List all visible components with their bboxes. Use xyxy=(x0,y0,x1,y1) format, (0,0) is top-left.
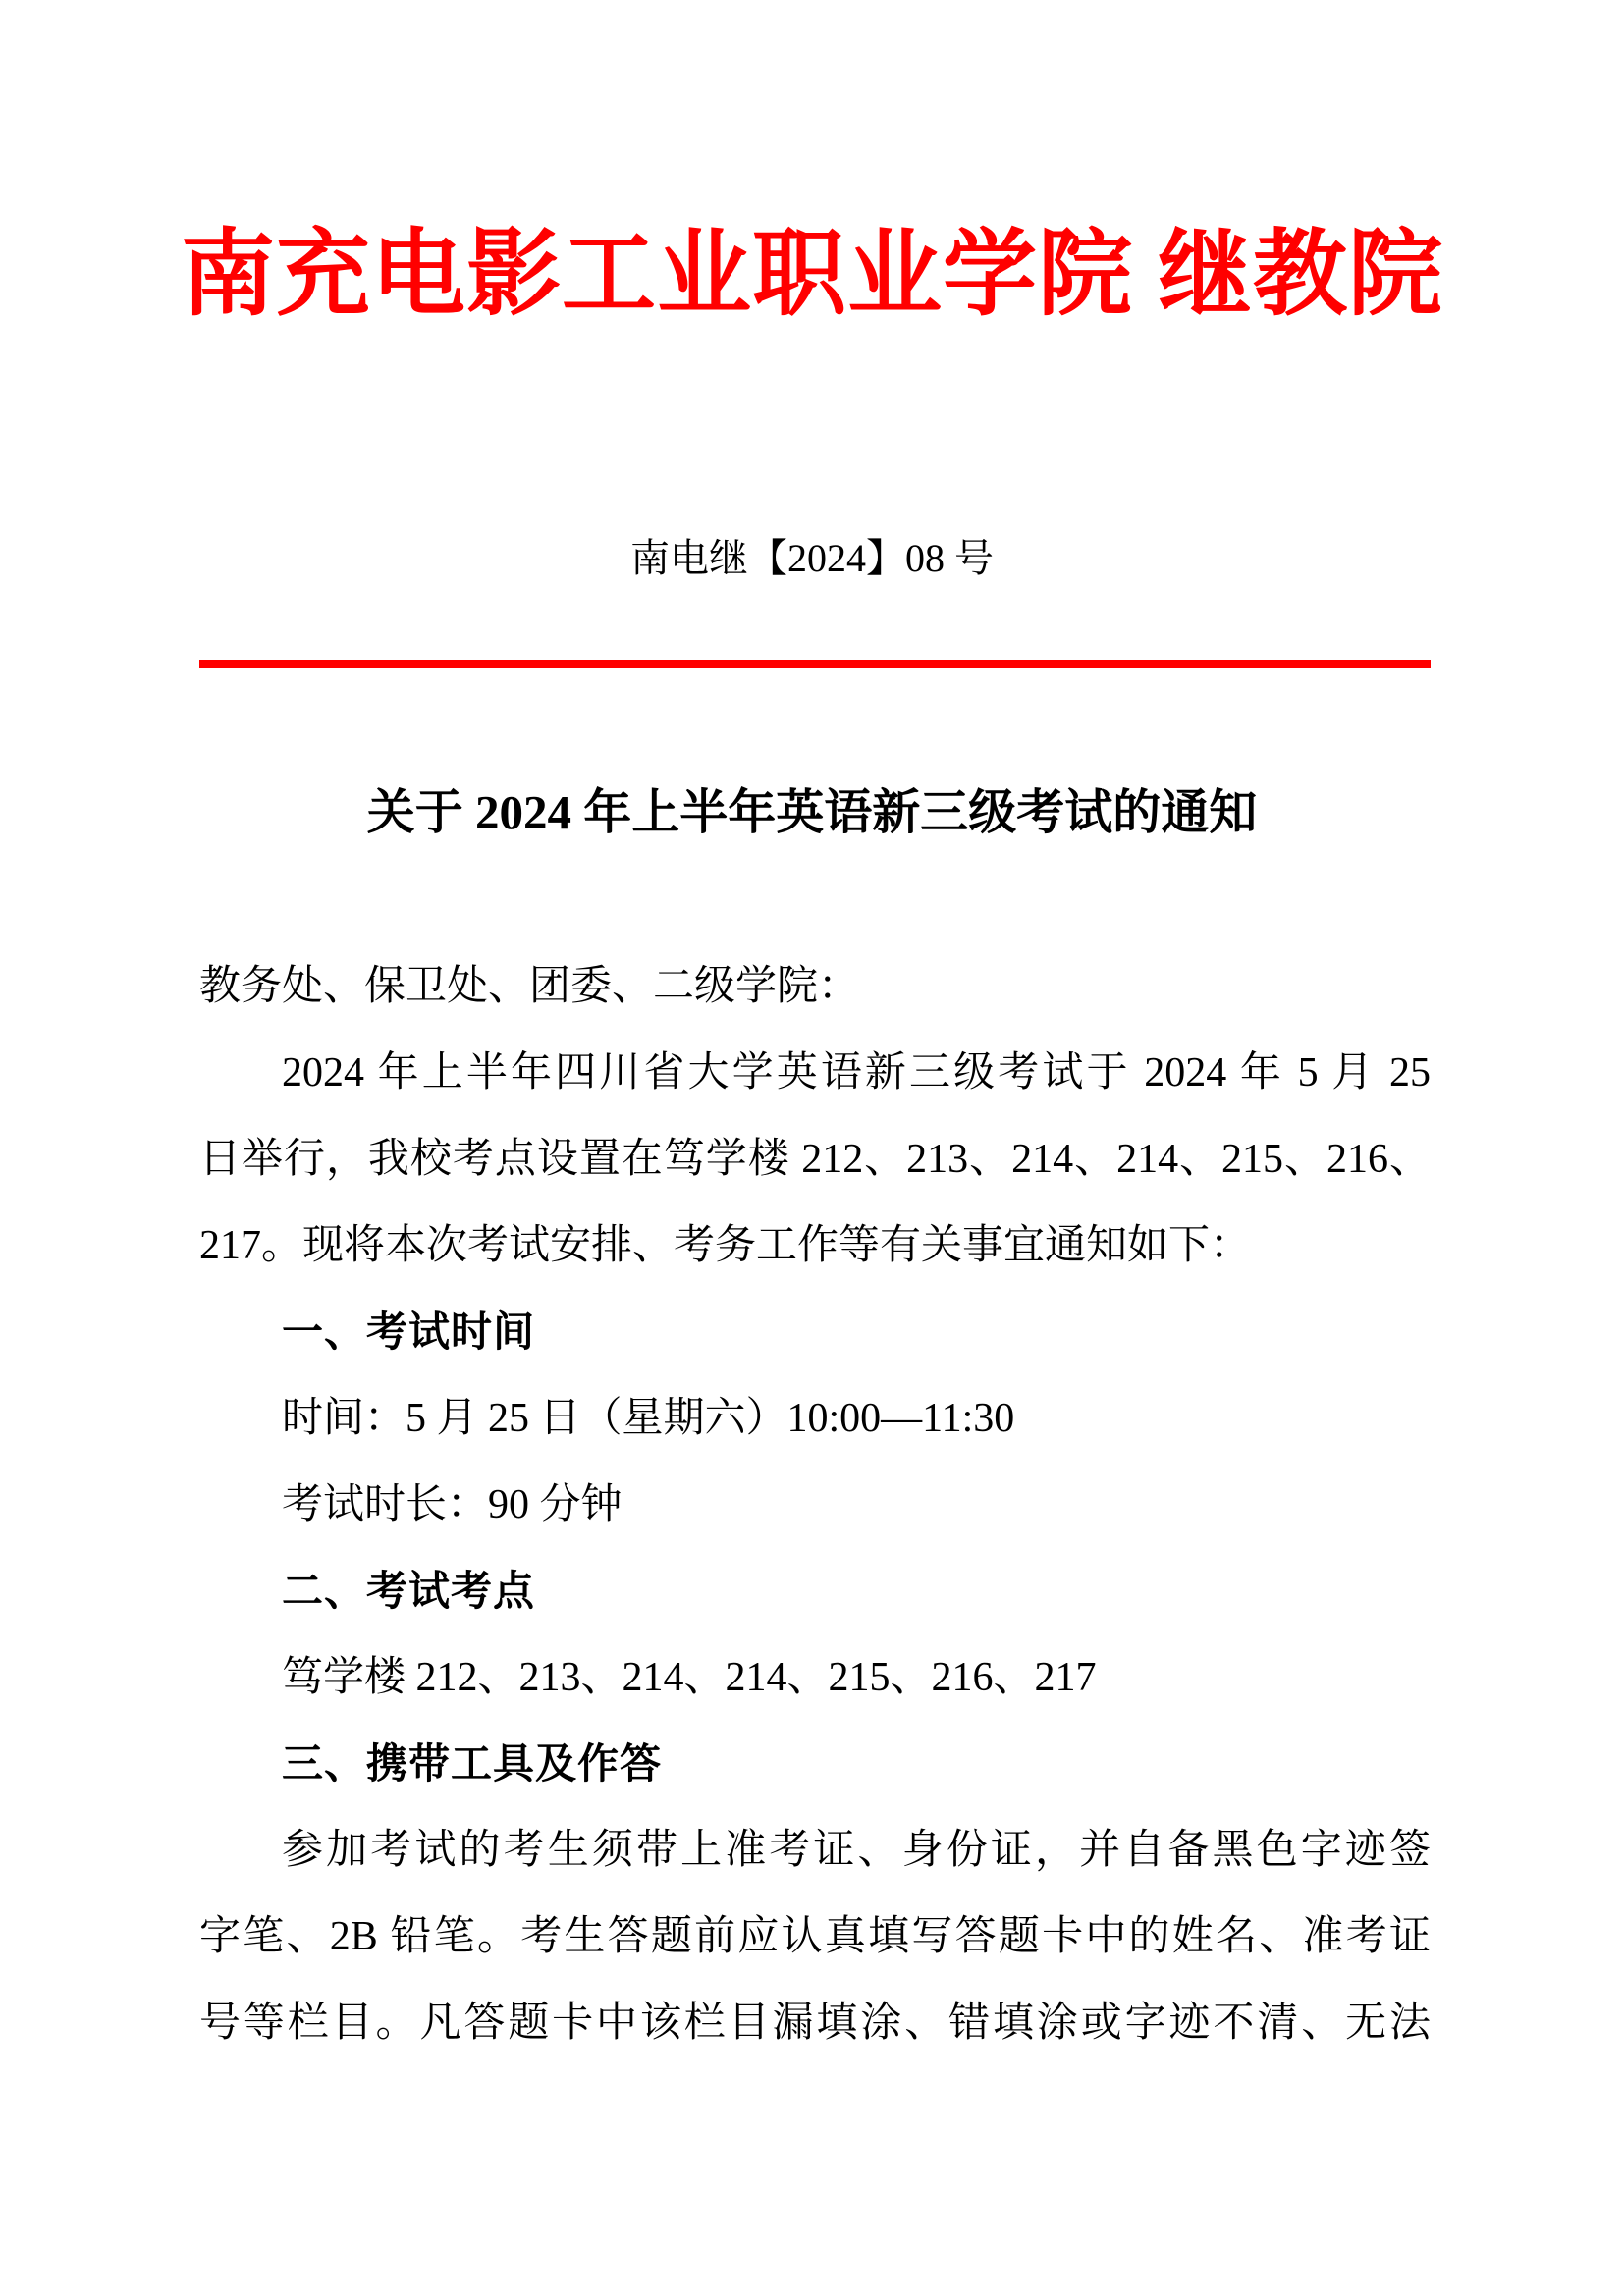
notice-title: 关于 2024 年上半年英语新三级考试的通知 xyxy=(0,782,1624,843)
section-heading-exam-time: 一、考试时间 xyxy=(199,1289,1431,1375)
exam-time-line: 时间：5 月 25 日（星期六）10:00—11:30 xyxy=(199,1375,1431,1462)
exam-duration-line: 考试时长：90 分钟 xyxy=(199,1462,1431,1548)
paragraph-intro-line-1: 2024 年上半年四川省大学英语新三级考试于 2024 年 5 月 25 xyxy=(199,1030,1431,1116)
document-number: 南电继【2024】08 号 xyxy=(0,533,1624,584)
section-heading-exam-site: 二、考试考点 xyxy=(199,1548,1431,1634)
paragraph-tools-line-1: 参加考试的考生须带上准考证、身份证，并自备黑色字迹签 xyxy=(199,1807,1431,1894)
letterhead-divider-rule xyxy=(199,660,1431,668)
addressee-line: 教务处、保卫处、团委、二级学院： xyxy=(199,943,1431,1030)
paragraph-tools-line-2: 字笔、2B 铅笔。考生答题前应认真填写答题卡中的姓名、准考证 xyxy=(199,1894,1431,1980)
notice-body: 教务处、保卫处、团委、二级学院： 2024 年上半年四川省大学英语新三级考试于 … xyxy=(199,943,1431,2066)
letterhead-title: 南充电影工业职业学院 继教院 xyxy=(0,221,1624,329)
exam-site-line: 笃学楼 212、213、214、214、215、216、217 xyxy=(199,1634,1431,1721)
document-page: 南充电影工业职业学院 继教院 南电继【2024】08 号 关于 2024 年上半… xyxy=(0,0,1624,2296)
section-heading-tools-answering: 三、携带工具及作答 xyxy=(199,1721,1431,1807)
paragraph-tools-line-3: 号等栏目。凡答题卡中该栏目漏填涂、错填涂或字迹不清、无法 xyxy=(199,1980,1431,2066)
paragraph-intro-line-3: 217。现将本次考试安排、考务工作等有关事宜通知如下： xyxy=(199,1202,1431,1289)
paragraph-intro-line-2: 日举行，我校考点设置在笃学楼 212、213、214、214、215、216、 xyxy=(199,1116,1431,1202)
